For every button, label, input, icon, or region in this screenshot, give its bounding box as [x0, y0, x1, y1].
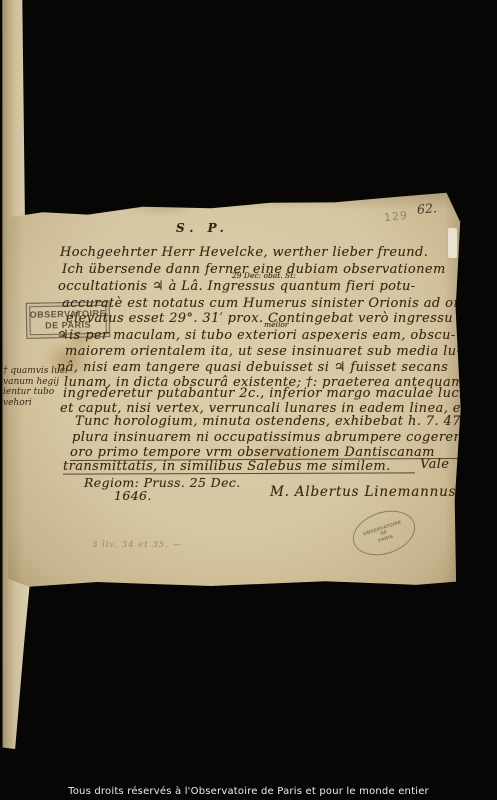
- folio-number-ink: 62.: [416, 200, 437, 217]
- letter-signature: M. Albertus Linemannus: [270, 484, 456, 500]
- marginal-note-line: ientur tubo: [3, 387, 68, 398]
- letter-vale: Vale: [420, 457, 449, 472]
- letter-line: ingrederetur putabantur 2c., inferior ma…: [63, 386, 477, 401]
- letter-line: maiorem orientalem ita, ut sese insinuar…: [65, 344, 461, 359]
- marginal-note-line: vehori: [3, 398, 68, 409]
- letter-line: occultationis ♃ à Lâ. Ingressus quantum …: [58, 279, 416, 294]
- marginal-note-line: vanum hegij: [3, 377, 68, 388]
- interlinear-note: 29 Dec: obat. St:: [232, 271, 296, 280]
- ink-stain: [126, 200, 196, 216]
- letter-salutation: S. P.: [176, 221, 229, 235]
- letter-line: nâ, nisi eam tangere quasi debuisset si …: [57, 360, 448, 375]
- marginal-note: † quamvis luci vanum hegij ientur tubo v…: [3, 366, 68, 408]
- paper-tear-highlight: [448, 228, 457, 258]
- copyright-caption: Tous droits réservés à l'Observatoire de…: [0, 786, 497, 797]
- letter-line: plura insinuarem ni occupatissimus abrum…: [72, 430, 460, 445]
- observatoire-oval-stamp: OBSERVATOIRE DE PARIS: [347, 503, 421, 563]
- letter-line: elevatus esset 29°. 31′ prox. Contingeba…: [66, 311, 453, 326]
- letter-line: accuratè est notatus cum Humerus siniste…: [62, 296, 470, 311]
- marginal-note-line: † quamvis luci: [3, 366, 68, 377]
- letter-line: Hochgeehrter Herr Hevelcke, werther lieb…: [60, 245, 428, 260]
- letter-line: Tunc horologium, minuta ostendens, exhib…: [75, 414, 474, 429]
- manuscript-page: OBSERVATOIRE DE PARIS OBSERVATOIRE DE PA…: [6, 190, 462, 588]
- letter-dateline: Regiom: Pruss. 25 Dec.: [84, 475, 241, 490]
- letter-line: ♃is per maculam, si tubo exteriori aspex…: [57, 328, 456, 343]
- pencil-annotation: 3 liv. 34 et 35, —: [92, 540, 182, 550]
- archival-scan: { "folio": { "pencil_number": "129", "in…: [0, 0, 497, 800]
- letter-dateline-year: 1646.: [114, 488, 152, 503]
